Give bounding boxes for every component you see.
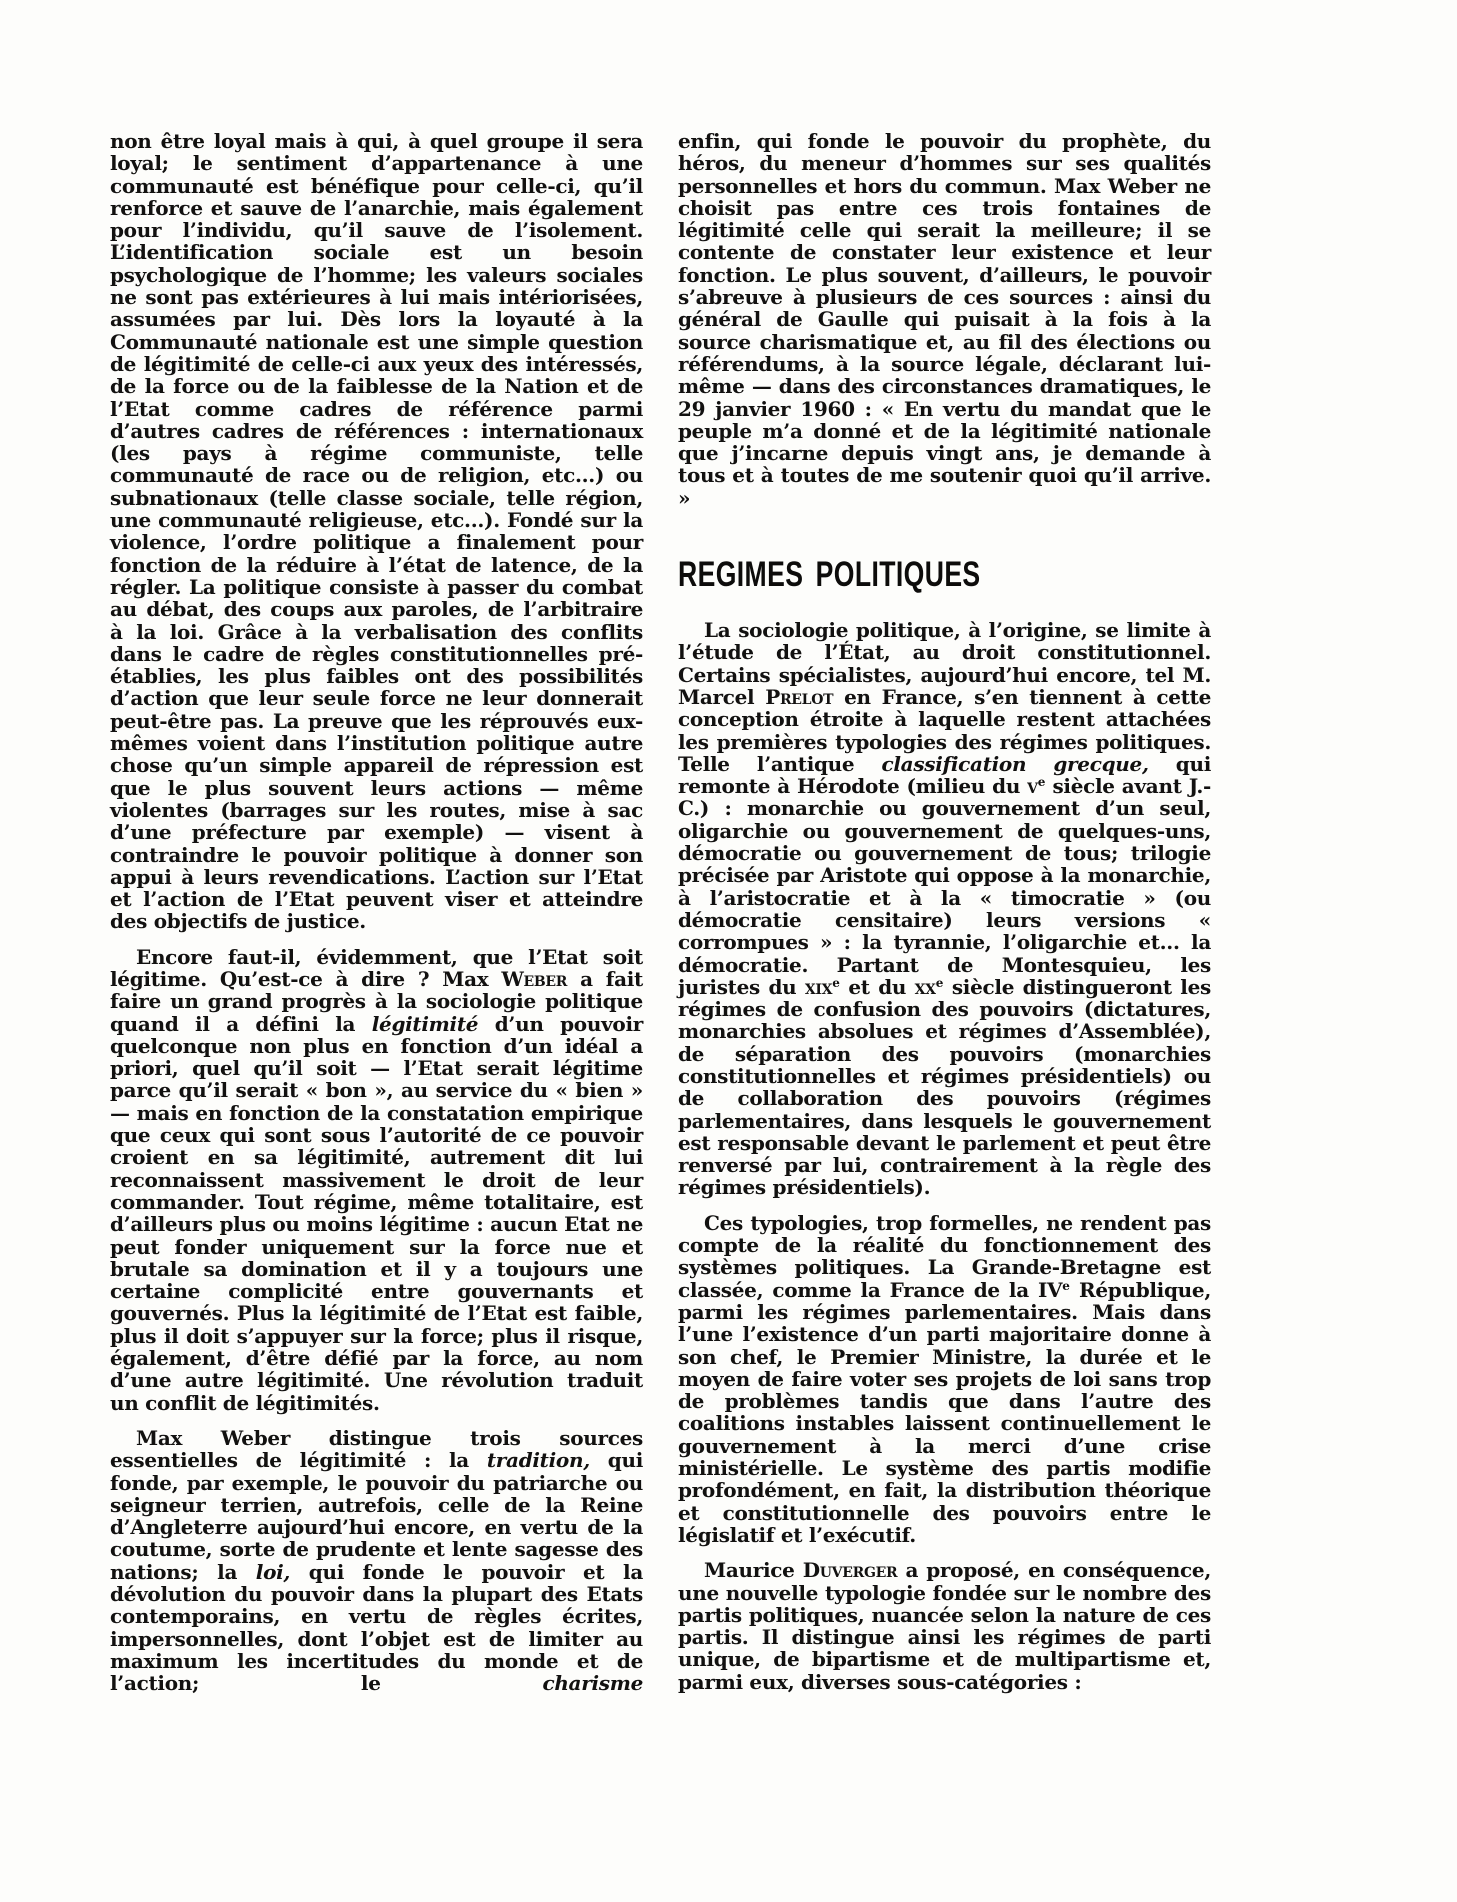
text-segment: xix (805, 975, 832, 999)
text-segment: siècle distingueront les régimes de conf… (678, 975, 1211, 1200)
text-segment: charisme (542, 1671, 643, 1695)
document-page: non être loyal mais à qui, à quel groupe… (0, 0, 1457, 1902)
text-segment: légitimité (372, 1012, 478, 1036)
paragraph: non être loyal mais à qui, à quel groupe… (110, 130, 643, 933)
text-segment: non être loyal mais à qui, à quel groupe… (110, 129, 643, 933)
text-segment: classification grecque, (882, 752, 1149, 776)
text-segment: loi, (256, 1560, 290, 1584)
text-segment: v (1027, 774, 1038, 798)
section-heading: REGIMES POLITIQUES (678, 557, 1083, 593)
paragraph: Ces typologies, trop formelles, ne rende… (678, 1212, 1211, 1546)
text-segment: enfin, qui fonde le pouvoir du prophète,… (678, 129, 1211, 510)
text-segment: Duverger (803, 1558, 898, 1582)
text-segment: siècle avant J.-C.) : monarchie ou gouve… (678, 774, 1211, 999)
text-segment: Weber (501, 967, 567, 991)
paragraph: enfin, qui fonde le pouvoir du prophète,… (678, 130, 1211, 509)
text-segment: e (832, 976, 840, 990)
paragraph: La sociologie politique, à l’origine, se… (678, 619, 1211, 1199)
column-right: enfin, qui fonde le pouvoir du prophète,… (678, 130, 1211, 1693)
text-segment: tradition, (487, 1448, 590, 1472)
text-segment: Prelot (765, 685, 833, 709)
text-segment: xx (915, 975, 936, 999)
text-segment: et du (840, 975, 915, 999)
column-left: non être loyal mais à qui, à quel groupe… (110, 130, 643, 1694)
text-segment: d’un pouvoir quelconque non plus en fonc… (110, 1012, 643, 1415)
paragraph: Encore faut-il, évidemment, que l’Etat s… (110, 946, 643, 1414)
text-segment: République, parmi les régimes parlementa… (678, 1278, 1211, 1547)
paragraph: Maurice Duverger a proposé, en conséquen… (678, 1559, 1211, 1693)
text-segment: e (1062, 1279, 1070, 1293)
paragraph: Max Weber distingue trois sources essent… (110, 1427, 643, 1695)
text-segment: Maurice (704, 1558, 803, 1582)
